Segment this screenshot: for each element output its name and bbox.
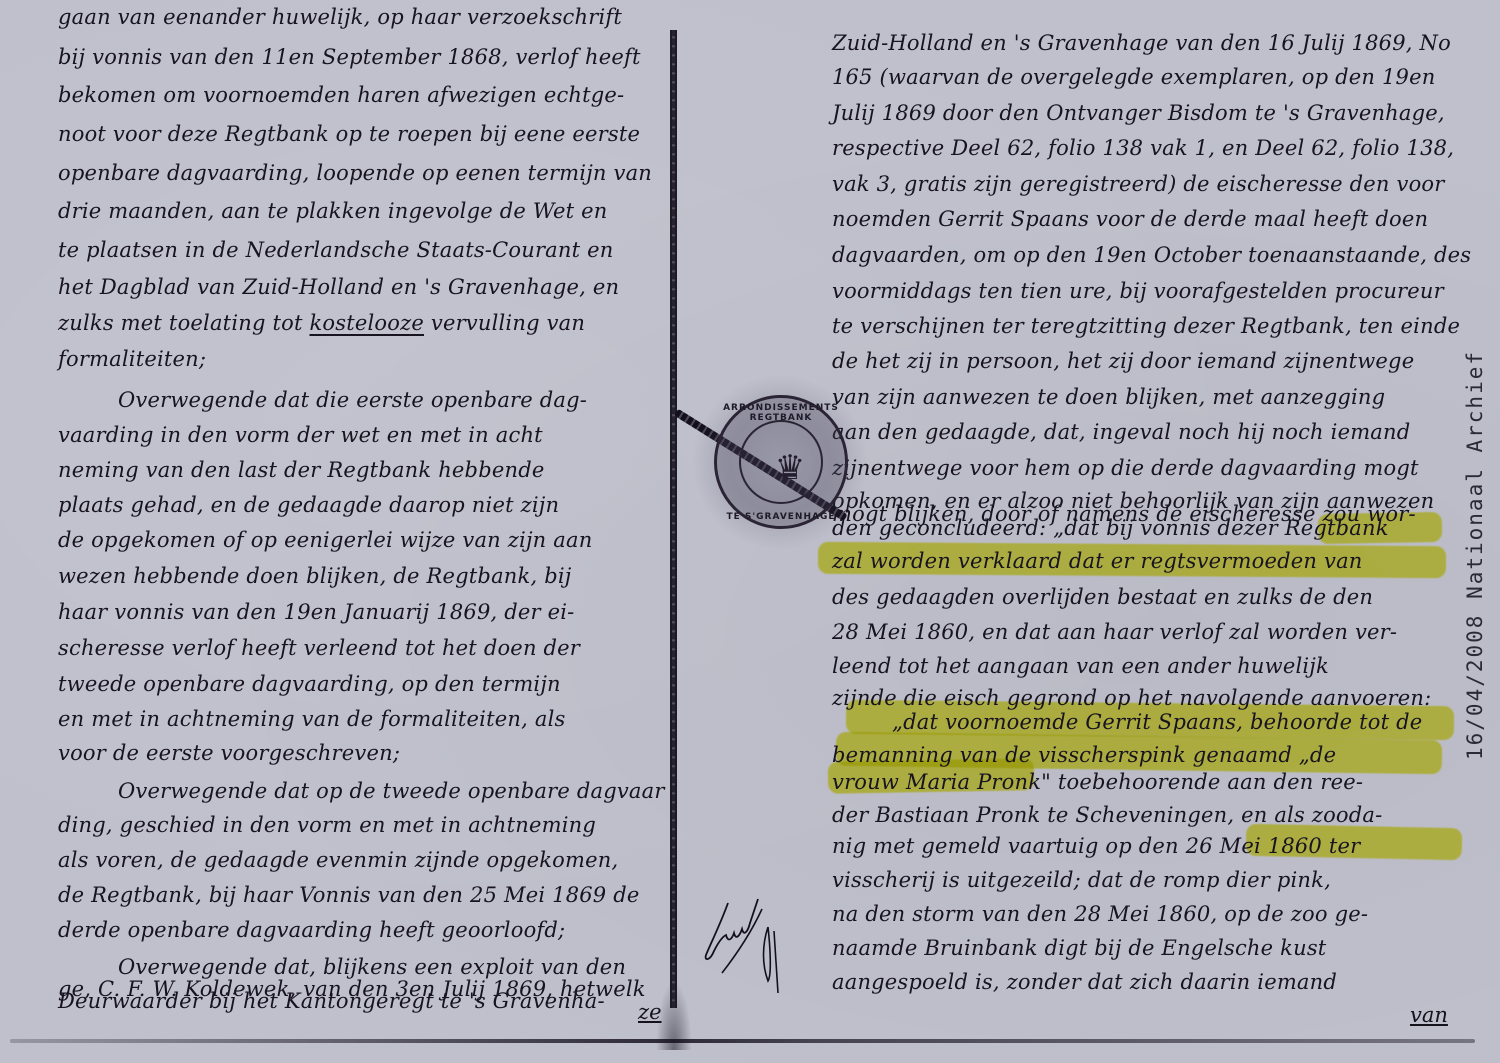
court-seal: ARRONDISSEMENTS REGTBANK ♛ TE S'GRAVENHA…	[714, 395, 848, 529]
text-line: naamde Bruinbank digt bij de Engelsche k…	[832, 933, 1326, 963]
text-line: noemden Gerrit Spaans voor de derde maal…	[832, 204, 1428, 234]
text-line: bekomen om voornoemden haren afwezigen e…	[58, 80, 624, 110]
text-line: der Bastiaan Pronk te Scheveningen, en a…	[832, 800, 1382, 830]
coat-of-arms-icon: ♛	[771, 444, 809, 492]
text-line: Julij 1869 door den Ontvanger Bisdom te …	[832, 98, 1445, 128]
text-line: vaarding in den vorm der wet en met in a…	[58, 420, 543, 450]
text-line: bij vonnis van den 11en September 1868, …	[58, 42, 641, 72]
text-line: 28 Mei 1860, en dat aan haar verlof zal …	[832, 617, 1397, 647]
text-line: visscherij is uitgezeild; dat de romp di…	[832, 865, 1331, 895]
page-bottom-edge	[10, 1039, 1475, 1043]
text-line: Zuid-Holland en 's Gravenhage van den 16…	[832, 28, 1451, 58]
text-line: de Regtbank, bij haar Vonnis van den 25 …	[58, 880, 640, 910]
seal-text-bottom: TE S'GRAVENHAGE	[717, 512, 845, 522]
binding-spine	[670, 30, 677, 1008]
text-line: 165 (waarvan de overgelegde exemplaren, …	[832, 62, 1435, 92]
text-line: tweede openbare dagvaarding, op den term…	[58, 669, 561, 699]
text-line: des gedaagden overlijden bestaat en zulk…	[832, 582, 1373, 612]
underlined-word: kostelooze	[309, 311, 424, 335]
text-line: formaliteiten;	[58, 344, 206, 374]
text-line: den geconcludeerd: „dat bij vonnis dezer…	[832, 513, 1389, 543]
text-line: en met in achtneming van de formaliteite…	[58, 704, 565, 734]
text-segment: vervulling van	[424, 311, 585, 335]
text-line: aangespoeld is, zonder dat zich daarin i…	[832, 967, 1337, 997]
text-line: na den storm van den 28 Mei 1860, op de …	[832, 899, 1368, 929]
text-line: de opgekomen of op eenigerlei wijze van …	[58, 525, 592, 555]
text-line: nig met gemeld vaartuig op den 26 Mei 18…	[832, 831, 1360, 861]
text-line: respective Deel 62, folio 138 vak 1, en …	[832, 133, 1454, 163]
text-line: zal worden verklaard dat er regtsvermoed…	[832, 546, 1363, 576]
text-line: drie maanden, aan te plakken ingevolge d…	[58, 196, 607, 226]
text-line: openbare dagvaarding, loopende op eenen …	[58, 158, 652, 188]
text-line: derde openbare dagvaarding heeft geoorlo…	[58, 915, 565, 945]
text-line: ge, C. F. W. Koldewek, van den 3en Julij…	[58, 974, 646, 1004]
text-line: de het zij in persoon, het zij door iema…	[832, 346, 1414, 376]
text-line: wezen hebbende doen blijken, de Regtbank…	[58, 561, 571, 591]
text-line: zijnentwege voor hem op die derde dagvaa…	[832, 453, 1419, 483]
text-line: neming van den last der Regtbank hebbend…	[58, 455, 544, 485]
text-line: Overwegende dat op de tweede openbare da…	[58, 776, 665, 806]
text-line: „dat voornoemde Gerrit Spaans, behoorde …	[832, 707, 1422, 737]
text-line: te plaatsen in de Nederlandsche Staats-C…	[58, 235, 614, 265]
text-line: ding, geschied in den vorm en met in ach…	[58, 810, 596, 840]
text-line: aan den gedaagde, dat, ingeval noch hij …	[832, 417, 1410, 447]
text-line: Overwegende dat die eerste openbare dag-	[58, 385, 587, 415]
text-segment: zulks met toelating tot	[58, 311, 309, 335]
catchword-right: van	[1410, 1003, 1448, 1027]
text-line: vrouw Maria Pronk" toebehoorende aan den…	[832, 767, 1363, 797]
text-line: als voren, de gedaagde evenmin zijnde op…	[58, 845, 618, 875]
text-line: scheresse verlof heeft verleend tot het …	[58, 633, 580, 663]
seal-inner-ring: ♛	[739, 420, 823, 504]
text-line: van zijn aanwezen te doen blijken, met a…	[832, 382, 1385, 412]
text-line: gaan van eenander huwelijk, op haar verz…	[58, 2, 622, 32]
text-line: leend tot het aangaan van een ander huwe…	[832, 651, 1329, 681]
text-line: plaats gehad, en de gedaagde daarop niet…	[58, 490, 559, 520]
signature-icon	[700, 885, 780, 995]
text-line: dagvaarden, om op den 19en October toena…	[832, 240, 1471, 270]
text-line: haar vonnis van den 19en Januarij 1869, …	[58, 597, 574, 627]
text-line: vak 3, gratis zijn geregistreerd) de eis…	[832, 169, 1445, 199]
text-line: het Dagblad van Zuid-Holland en 's Grave…	[58, 272, 619, 302]
text-line: voor de eerste voorgeschreven;	[58, 738, 400, 768]
text-line: voormiddags ten tien ure, bij voorafgest…	[832, 276, 1444, 306]
text-line: te verschijnen ter teregtzitting dezer R…	[832, 311, 1460, 341]
text-line: noot voor deze Regtbank op te roepen bij…	[58, 119, 640, 149]
archive-date-stamp: 16/04/2008 Nationaal Archief	[1463, 350, 1487, 760]
text-line: bemanning van de visscherspink genaamd „…	[832, 740, 1336, 770]
text-line: zulks met toelating tot kostelooze vervu…	[58, 308, 585, 338]
